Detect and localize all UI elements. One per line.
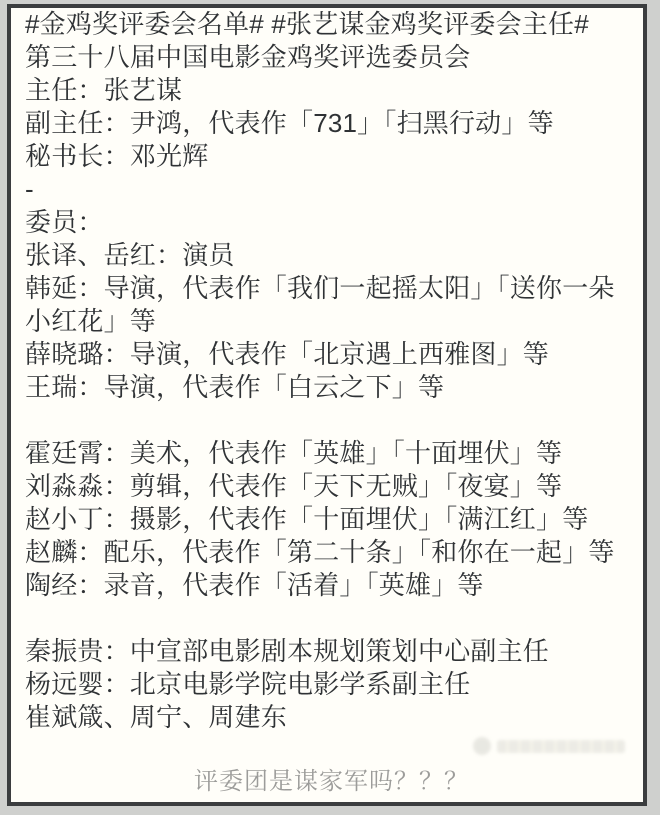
member-line-hanyan: 韩延：导演，代表作「我们一起摇太阳」「送你一朵小红花」等	[25, 272, 638, 338]
watermark-logo-icon	[473, 737, 491, 755]
member-line-wangrui: 王瑞：导演，代表作「白云之下」等	[25, 371, 638, 404]
separator-dash: -	[25, 173, 638, 206]
member-line-others: 崔斌箴、周宁、周建东	[25, 701, 638, 734]
member-line-qinzhengui: 秦振贵：中宣部电影剧本规划策划中心副主任	[25, 635, 638, 668]
blank-line	[25, 602, 638, 635]
member-line-xuexiaolu: 薛晓璐：导演，代表作「北京遇上西雅图」等	[25, 338, 638, 371]
member-line-liumiaomiao: 刘淼淼：剪辑，代表作「天下无贼」「夜宴」等	[25, 470, 638, 503]
member-line-zhaolin: 赵麟：配乐，代表作「第二十条」「和你在一起」等	[25, 536, 638, 569]
jury-list-post-card: #金鸡奖评委会名单# #张艺谋金鸡奖评委会主任# 第三十八届中国电影金鸡奖评选委…	[7, 4, 647, 806]
members-heading: 委员：	[25, 206, 638, 239]
blank-line	[25, 404, 638, 437]
hashtags-line: #金鸡奖评委会名单# #张艺谋金鸡奖评委会主任#	[25, 8, 638, 41]
watermark	[473, 734, 625, 758]
member-line-huotingxiao: 霍廷霄：美术，代表作「英雄」「十面埋伏」等	[25, 437, 638, 470]
committee-title: 第三十八届中国电影金鸡奖评选委员会	[25, 41, 638, 74]
vice-chairman-line: 副主任：尹鸿，代表作「731」「扫黑行动」等	[25, 107, 638, 140]
secretary-general-line: 秘书长：邓光辉	[25, 140, 638, 173]
member-line-zhaoxiaoding: 赵小丁：摄影，代表作「十面埋伏」「满江红」等	[25, 503, 638, 536]
member-line-taojing: 陶经：录音，代表作「活着」「英雄」等	[25, 569, 638, 602]
bottom-caption: 评委团是谋家军吗？？？	[25, 765, 638, 798]
chairman-line: 主任：张艺谋	[25, 74, 638, 107]
member-line-yangyuanying: 杨远婴：北京电影学院电影学系副主任	[25, 668, 638, 701]
member-line-actors: 张译、岳红：演员	[25, 239, 638, 272]
watermark-text-bar	[497, 740, 625, 753]
